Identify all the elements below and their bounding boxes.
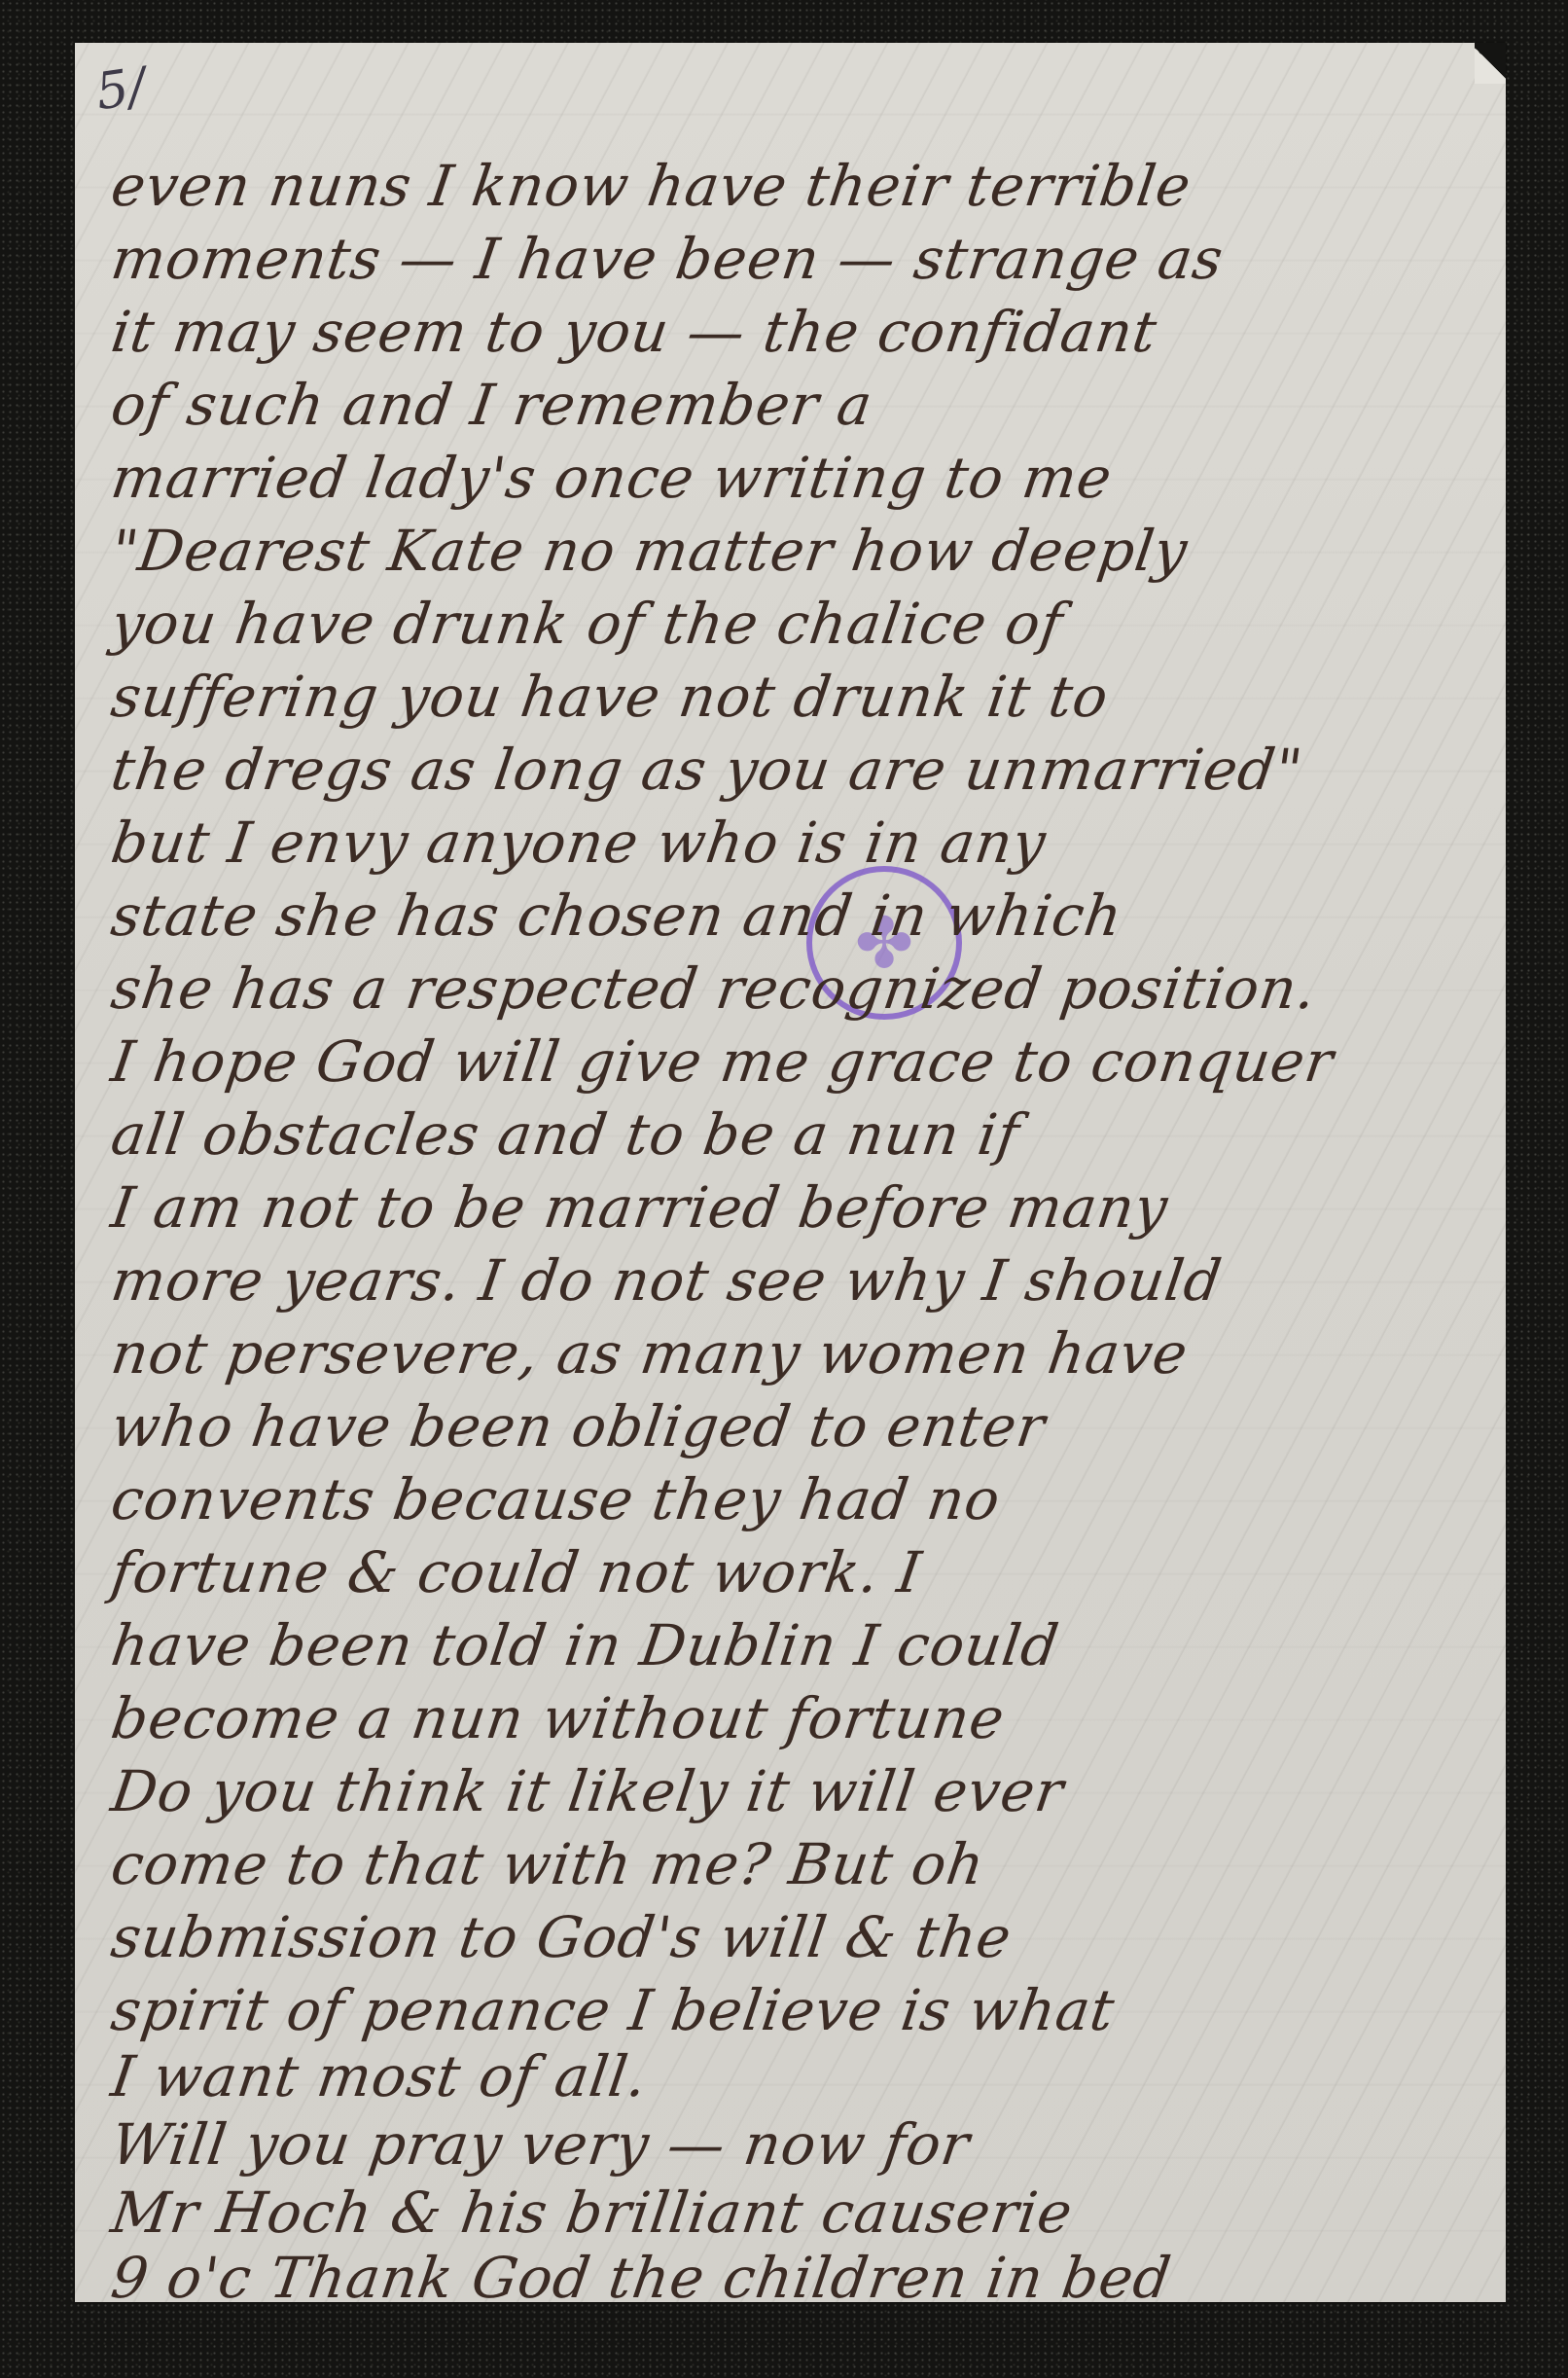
text-line: you have drunk of the chalice of [107,590,1493,658]
text-line: of such and I remember a [107,371,1493,439]
text-line: married lady's once writing to me [107,444,1493,512]
text-line: more years. I do not see why I should [107,1246,1493,1315]
text-line: all obstacles and to be a nun if [107,1100,1493,1169]
text-line: spirit of penance I believe is what [107,1976,1493,2044]
text-line: submission to God's will & the [107,1903,1493,1971]
text-line: I am not to be married before many [107,1173,1493,1242]
text-line: it may seem to you — the confidant [107,298,1493,366]
text-line: but I envy anyone who is in any [107,809,1493,877]
handwritten-text: even nuns I know have their terrible mom… [75,43,1506,2302]
text-line: "Dearest Kate no matter how deeply [107,517,1493,585]
text-line: convents because they had no [107,1465,1493,1533]
text-line: moments — I have been — strange as [107,225,1493,293]
text-line: she has a respected recognized position. [107,955,1493,1023]
text-line: come to that with me? But oh [107,1830,1493,1898]
text-line: I want most of all. [107,2042,1493,2110]
text-line: Mr Hoch & his brilliant causerie [107,2179,1493,2247]
text-line: I hope God will give me grace to conquer [107,1027,1493,1096]
text-line: even nuns I know have their terrible [107,152,1493,220]
text-line: 9 o'c Thank God the children in bed [107,2244,1493,2302]
text-line: state she has chosen and in which [107,882,1493,950]
text-line: have been told in Dublin I could [107,1611,1493,1679]
letter-page: 5/ ✤ even nuns I know have their terribl… [75,43,1506,2302]
text-line: become a nun without fortune [107,1684,1493,1752]
text-line: not persevere, as many women have [107,1319,1493,1387]
text-line: Will you pray very — now for [107,2110,1493,2179]
text-line: fortune & could not work. I [107,1538,1493,1606]
text-line: the dregs as long as you are unmarried" [107,736,1493,804]
text-line: Do you think it likely it will ever [107,1757,1493,1825]
text-line: who have been obliged to enter [107,1392,1493,1460]
text-line: suffering you have not drunk it to [107,663,1493,731]
